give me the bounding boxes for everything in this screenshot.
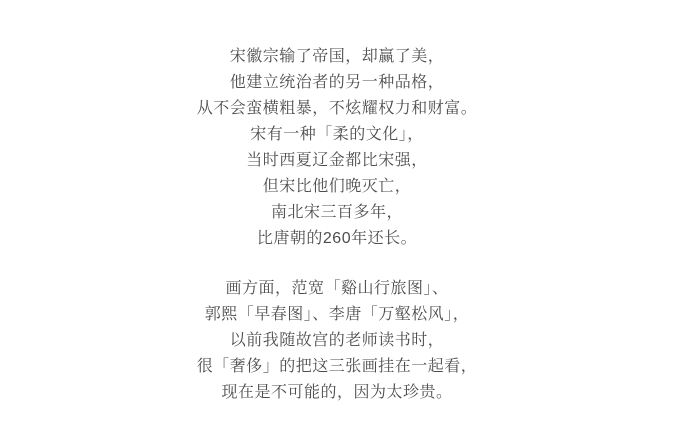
text-line: 画方面，范宽「谿山行旅图」、 — [0, 276, 674, 302]
text-line: 现在是不可能的，因为太珍贵。 — [0, 380, 674, 406]
text-line: 从不会蛮横粗暴，不炫耀权力和财富。 — [0, 96, 674, 122]
text-line: 很「奢侈」的把这三张画挂在一起看， — [0, 354, 674, 380]
text-line: 他建立统治者的另一种品格， — [0, 70, 674, 96]
text-line: 当时西夏辽金都比宋强， — [0, 148, 674, 174]
text-line: 宋徽宗输了帝国，却赢了美， — [0, 44, 674, 70]
text-line: 但宋比他们晚灭亡， — [0, 174, 674, 200]
text-line: 以前我随故宫的老师读书时， — [0, 328, 674, 354]
text-line: 南北宋三百多年， — [0, 200, 674, 226]
text-line: 宋有一种「柔的文化」， — [0, 122, 674, 148]
text-page: 宋徽宗输了帝国，却赢了美， 他建立统治者的另一种品格， 从不会蛮横粗暴，不炫耀权… — [0, 0, 674, 422]
text-line: 比唐朝的260年还长。 — [0, 226, 674, 252]
paragraph-song-culture: 宋徽宗输了帝国，却赢了美， 他建立统治者的另一种品格， 从不会蛮横粗暴，不炫耀权… — [0, 44, 674, 252]
paragraph-song-paintings: 画方面，范宽「谿山行旅图」、 郭熙「早春图」、李唐「万壑松风」， 以前我随故宫的… — [0, 276, 674, 406]
text-line: 郭熙「早春图」、李唐「万壑松风」， — [0, 302, 674, 328]
